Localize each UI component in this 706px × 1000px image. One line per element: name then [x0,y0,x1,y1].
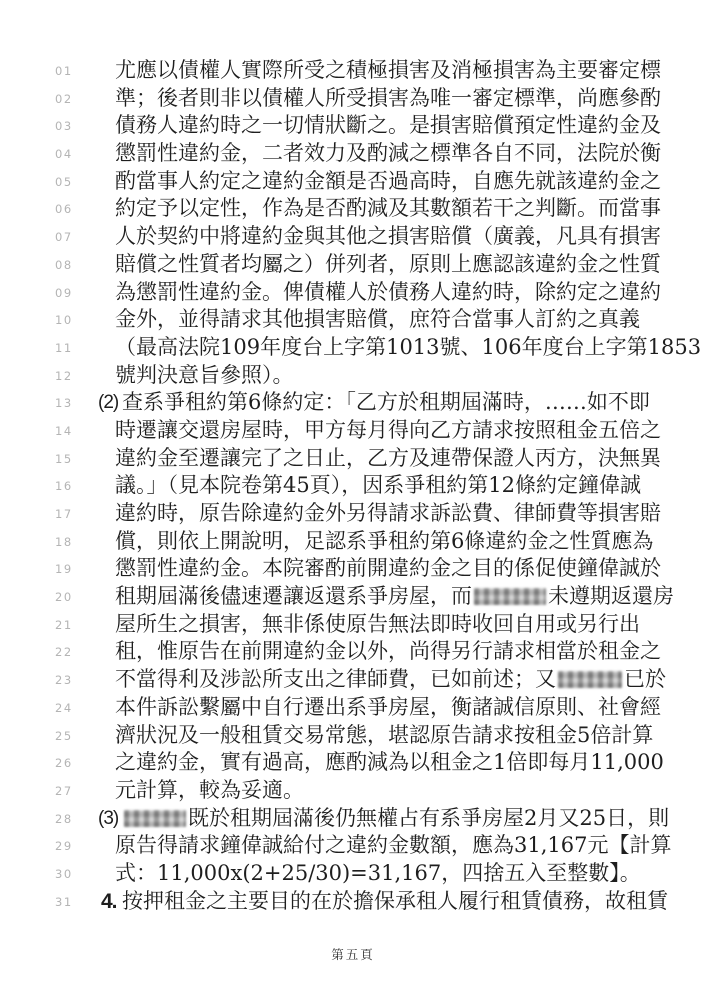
line-number: 30 [55,861,73,889]
document-line: 29原告得請求鐘偉誠給付之違約金數額，應為31,167元【計算 [0,832,706,860]
line-number: 08 [55,252,73,280]
line-number: 19 [55,556,73,584]
document-line: 22租，惟原告在前開違約金以外，尚得另行請求相當於租金之 [0,638,706,666]
text-segment: 濟狀況及一般租賃交易常態，堪認原告請求按租金5倍計算 [115,723,653,747]
line-number: 28 [55,806,73,834]
line-text: 金外，並得請求其他損害賠償，庶符合當事人訂約之真義 [115,306,640,334]
document-line: 18償，則依上開說明，足認系爭租約第6條違約金之性質應為 [0,528,706,556]
line-text: 懲罰性違約金。本院審酌前開違約金之目的係促使鐘偉誠於 [115,555,661,583]
text-segment: 不當得利及涉訟所支出之律師費，已如前述；又 [115,667,556,691]
line-number: 03 [55,113,73,141]
line-text: 屋所生之損害，無非係使原告無法即時收回自用或另行出 [115,611,640,639]
text-segment: 按押租金之主要目的在於擔保承租人履行租賃債務，故租賃 [122,889,668,913]
line-text: 租期屆滿後儘速遷讓返還系爭房屋，而未遵期返還房 [115,583,674,611]
text-segment: 時遷讓交還房屋時，甲方每月得向乙方請求按照租金五倍之 [115,418,661,442]
line-text: 準；後者則非以債權人所受損害為唯一審定標準，尚應參酌 [115,85,661,113]
line-text: 式：11,000x(2+25/30)=31,167，四捨五入至整數】。 [115,860,641,888]
line-text: 既於租期屆滿後仍無權占有系爭房屋2月又25日，則 [122,805,669,833]
line-number: 25 [55,723,73,751]
list-marker: 4. [101,888,117,916]
text-segment: 既於租期屆滿後仍無權占有系爭房屋2月又25日，則 [188,806,669,830]
line-text: （最高法院109年度台上字第1013號、106年度台上字第1853 [115,334,701,362]
text-segment: 議。」（見本院卷第45頁），因系爭租約第12條約定鐘偉誠 [115,473,641,497]
line-number: 13 [55,390,73,418]
line-number: 06 [55,196,73,224]
line-number: 12 [55,363,73,391]
line-number: 20 [55,584,73,612]
text-segment: （最高法院109年度台上字第1013號、106年度台上字第1853 [115,335,701,359]
line-text: 懲罰性違約金，二者效力及酌減之標準各自不同，法院於衡 [115,140,661,168]
document-line: 05酌當事人約定之違約金額是否過高時，自應先就該違約金之 [0,168,706,196]
text-segment: 未遵期返還房 [548,584,674,608]
document-line: 26之違約金，實有過高，應酌減為以租金之1倍即每月11,000 [0,749,706,777]
line-number: 17 [55,501,73,529]
text-segment: 懲罰性違約金，二者效力及酌減之標準各自不同，法院於衡 [115,141,661,165]
line-text: 債務人違約時之一切情狀斷之。是損害賠償預定性違約金及 [115,112,661,140]
document-line: 24本件訴訟繫屬中自行遷出系爭房屋，衡諸誠信原則、社會經 [0,694,706,722]
document-line: 03債務人違約時之一切情狀斷之。是損害賠償預定性違約金及 [0,112,706,140]
line-text: 議。」（見本院卷第45頁），因系爭租約第12條約定鐘偉誠 [115,472,641,500]
line-text: 原告得請求鐘偉誠給付之違約金數額，應為31,167元【計算 [115,832,671,860]
text-segment: 元計算，較為妥適。 [115,778,304,802]
text-segment: 酌當事人約定之違約金額是否過高時，自應先就該違約金之 [115,169,661,193]
line-text: 尤應以債權人實際所受之積極損害及消極損害為主要審定標 [115,57,661,85]
line-text: 為懲罰性違約金。俾債權人於債務人違約時，除約定之違約 [115,279,661,307]
text-segment: 屋所生之損害，無非係使原告無法即時收回自用或另行出 [115,612,640,636]
line-number: 16 [55,473,73,501]
line-number: 31 [55,889,73,917]
line-text: 人於契約中將違約金與其他之損害賠償（廣義，凡具有損害 [115,223,661,251]
text-segment: 已於 [624,667,666,691]
document-line: 19懲罰性違約金。本院審酌前開違約金之目的係促使鐘偉誠於 [0,555,706,583]
line-number: 11 [55,335,73,363]
document-line: 07人於契約中將違約金與其他之損害賠償（廣義，凡具有損害 [0,223,706,251]
document-line: 14時遷讓交還房屋時，甲方每月得向乙方請求按照租金五倍之 [0,417,706,445]
document-line: 16議。」（見本院卷第45頁），因系爭租約第12條約定鐘偉誠 [0,472,706,500]
document-line: 12號判決意旨參照）。 [0,362,706,390]
line-number: 18 [55,529,73,557]
line-text: 時遷讓交還房屋時，甲方每月得向乙方請求按照租金五倍之 [115,417,661,445]
document-line: 21屋所生之損害，無非係使原告無法即時收回自用或另行出 [0,611,706,639]
line-number: 02 [55,86,73,114]
document-line: 314.按押租金之主要目的在於擔保承租人履行租賃債務，故租賃 [0,888,706,916]
document-line: 17違約時，原告除違約金外另得請求訴訟費、律師費等損害賠 [0,500,706,528]
document-line: 28(3)既於租期屆滿後仍無權占有系爭房屋2月又25日，則 [0,805,706,833]
document-line: 27元計算，較為妥適。 [0,777,706,805]
line-number: 01 [55,58,73,86]
line-number: 29 [55,833,73,861]
line-number: 10 [55,307,73,335]
document-line: 01尤應以債權人實際所受之積極損害及消極損害為主要審定標 [0,57,706,85]
line-text: 償，則依上開說明，足認系爭租約第6條違約金之性質應為 [115,528,653,556]
redacted-text [124,810,186,827]
document-line: 20租期屆滿後儘速遷讓返還系爭房屋，而未遵期返還房 [0,583,706,611]
text-segment: 懲罰性違約金。本院審酌前開違約金之目的係促使鐘偉誠於 [115,556,661,580]
line-text: 濟狀況及一般租賃交易常態，堪認原告請求按租金5倍計算 [115,722,653,750]
document-line: 04懲罰性違約金，二者效力及酌減之標準各自不同，法院於衡 [0,140,706,168]
line-number: 22 [55,639,73,667]
text-segment: 租期屆滿後儘速遷讓返還系爭房屋，而 [115,584,472,608]
list-marker: (2) [98,389,118,417]
text-segment: 查系爭租約第6條約定：「乙方於租期屆滿時，……如不即 [122,390,650,414]
document-line: 09為懲罰性違約金。俾債權人於債務人違約時，除約定之違約 [0,279,706,307]
document-line: 11（最高法院109年度台上字第1013號、106年度台上字第1853 [0,334,706,362]
text-segment: 約定予以定性，作為是否酌減及其數額若干之判斷。而當事 [115,196,661,220]
document-line: 15違約金至遷讓完了之日止，乙方及連帶保證人丙方，決無異 [0,445,706,473]
line-text: 賠償之性質者均屬之）併列者，原則上應認該違約金之性質 [115,251,661,279]
text-segment: 式：11,000x(2+25/30)=31,167，四捨五入至整數】。 [115,861,641,885]
page-footer: 第五頁 [0,945,706,963]
line-number: 24 [55,695,73,723]
line-number: 04 [55,141,73,169]
document-line: 30式：11,000x(2+25/30)=31,167，四捨五入至整數】。 [0,860,706,888]
text-segment: 原告得請求鐘偉誠給付之違約金數額，應為31,167元【計算 [115,833,671,857]
line-text: 約定予以定性，作為是否酌減及其數額若干之判斷。而當事 [115,195,661,223]
text-segment: 償，則依上開說明，足認系爭租約第6條違約金之性質應為 [115,529,653,553]
line-number: 05 [55,169,73,197]
text-segment: 人於契約中將違約金與其他之損害賠償（廣義，凡具有損害 [115,224,661,248]
list-marker: (3) [98,805,118,833]
document-line: 10金外，並得請求其他損害賠償，庶符合當事人訂約之真義 [0,306,706,334]
document-line: 25濟狀況及一般租賃交易常態，堪認原告請求按租金5倍計算 [0,722,706,750]
text-segment: 之違約金，實有過高，應酌減為以租金之1倍即每月11,000 [115,750,664,774]
line-text: 查系爭租約第6條約定：「乙方於租期屆滿時，……如不即 [122,389,650,417]
document-line: 23不當得利及涉訟所支出之律師費，已如前述；又已於 [0,666,706,694]
text-segment: 尤應以債權人實際所受之積極損害及消極損害為主要審定標 [115,58,661,82]
text-segment: 號判決意旨參照）。 [115,363,294,387]
document-line: 02準；後者則非以債權人所受損害為唯一審定標準，尚應參酌 [0,85,706,113]
document-page: 01尤應以債權人實際所受之積極損害及消極損害為主要審定標02準；後者則非以債權人… [0,0,706,1000]
text-body: 01尤應以債權人實際所受之積極損害及消極損害為主要審定標02準；後者則非以債權人… [0,57,706,915]
text-segment: 違約金至遷讓完了之日止，乙方及連帶保證人丙方，決無異 [115,446,661,470]
text-segment: 準；後者則非以債權人所受損害為唯一審定標準，尚應參酌 [115,86,661,110]
line-text: 酌當事人約定之違約金額是否過高時，自應先就該違約金之 [115,168,661,196]
line-text: 號判決意旨參照）。 [115,362,294,390]
line-number: 09 [55,280,73,308]
text-segment: 為懲罰性違約金。俾債權人於債務人違約時，除約定之違約 [115,280,661,304]
redacted-text [558,671,622,688]
line-text: 之違約金，實有過高，應酌減為以租金之1倍即每月11,000 [115,749,664,777]
line-text: 違約金至遷讓完了之日止，乙方及連帶保證人丙方，決無異 [115,445,661,473]
line-text: 違約時，原告除違約金外另得請求訴訟費、律師費等損害賠 [115,500,661,528]
line-number: 07 [55,224,73,252]
text-segment: 債務人違約時之一切情狀斷之。是損害賠償預定性違約金及 [115,113,661,137]
document-line: 06約定予以定性，作為是否酌減及其數額若干之判斷。而當事 [0,195,706,223]
line-number: 26 [55,750,73,778]
text-segment: 賠償之性質者均屬之）併列者，原則上應認該違約金之性質 [115,252,661,276]
line-text: 不當得利及涉訟所支出之律師費，已如前述；又已於 [115,666,666,694]
line-number: 27 [55,778,73,806]
text-segment: 租，惟原告在前開違約金以外，尚得另行請求相當於租金之 [115,639,661,663]
line-number: 14 [55,418,73,446]
line-number: 23 [55,667,73,695]
line-text: 本件訴訟繫屬中自行遷出系爭房屋，衡諸誠信原則、社會經 [115,694,661,722]
document-line: 08賠償之性質者均屬之）併列者，原則上應認該違約金之性質 [0,251,706,279]
text-segment: 金外，並得請求其他損害賠償，庶符合當事人訂約之真義 [115,307,640,331]
line-number: 15 [55,446,73,474]
text-segment: 本件訴訟繫屬中自行遷出系爭房屋，衡諸誠信原則、社會經 [115,695,661,719]
line-text: 租，惟原告在前開違約金以外，尚得另行請求相當於租金之 [115,638,661,666]
redacted-text [474,588,546,605]
line-text: 按押租金之主要目的在於擔保承租人履行租賃債務，故租賃 [122,888,668,916]
line-text: 元計算，較為妥適。 [115,777,304,805]
line-number: 21 [55,612,73,640]
document-line: 13(2)查系爭租約第6條約定：「乙方於租期屆滿時，……如不即 [0,389,706,417]
text-segment: 違約時，原告除違約金外另得請求訴訟費、律師費等損害賠 [115,501,661,525]
